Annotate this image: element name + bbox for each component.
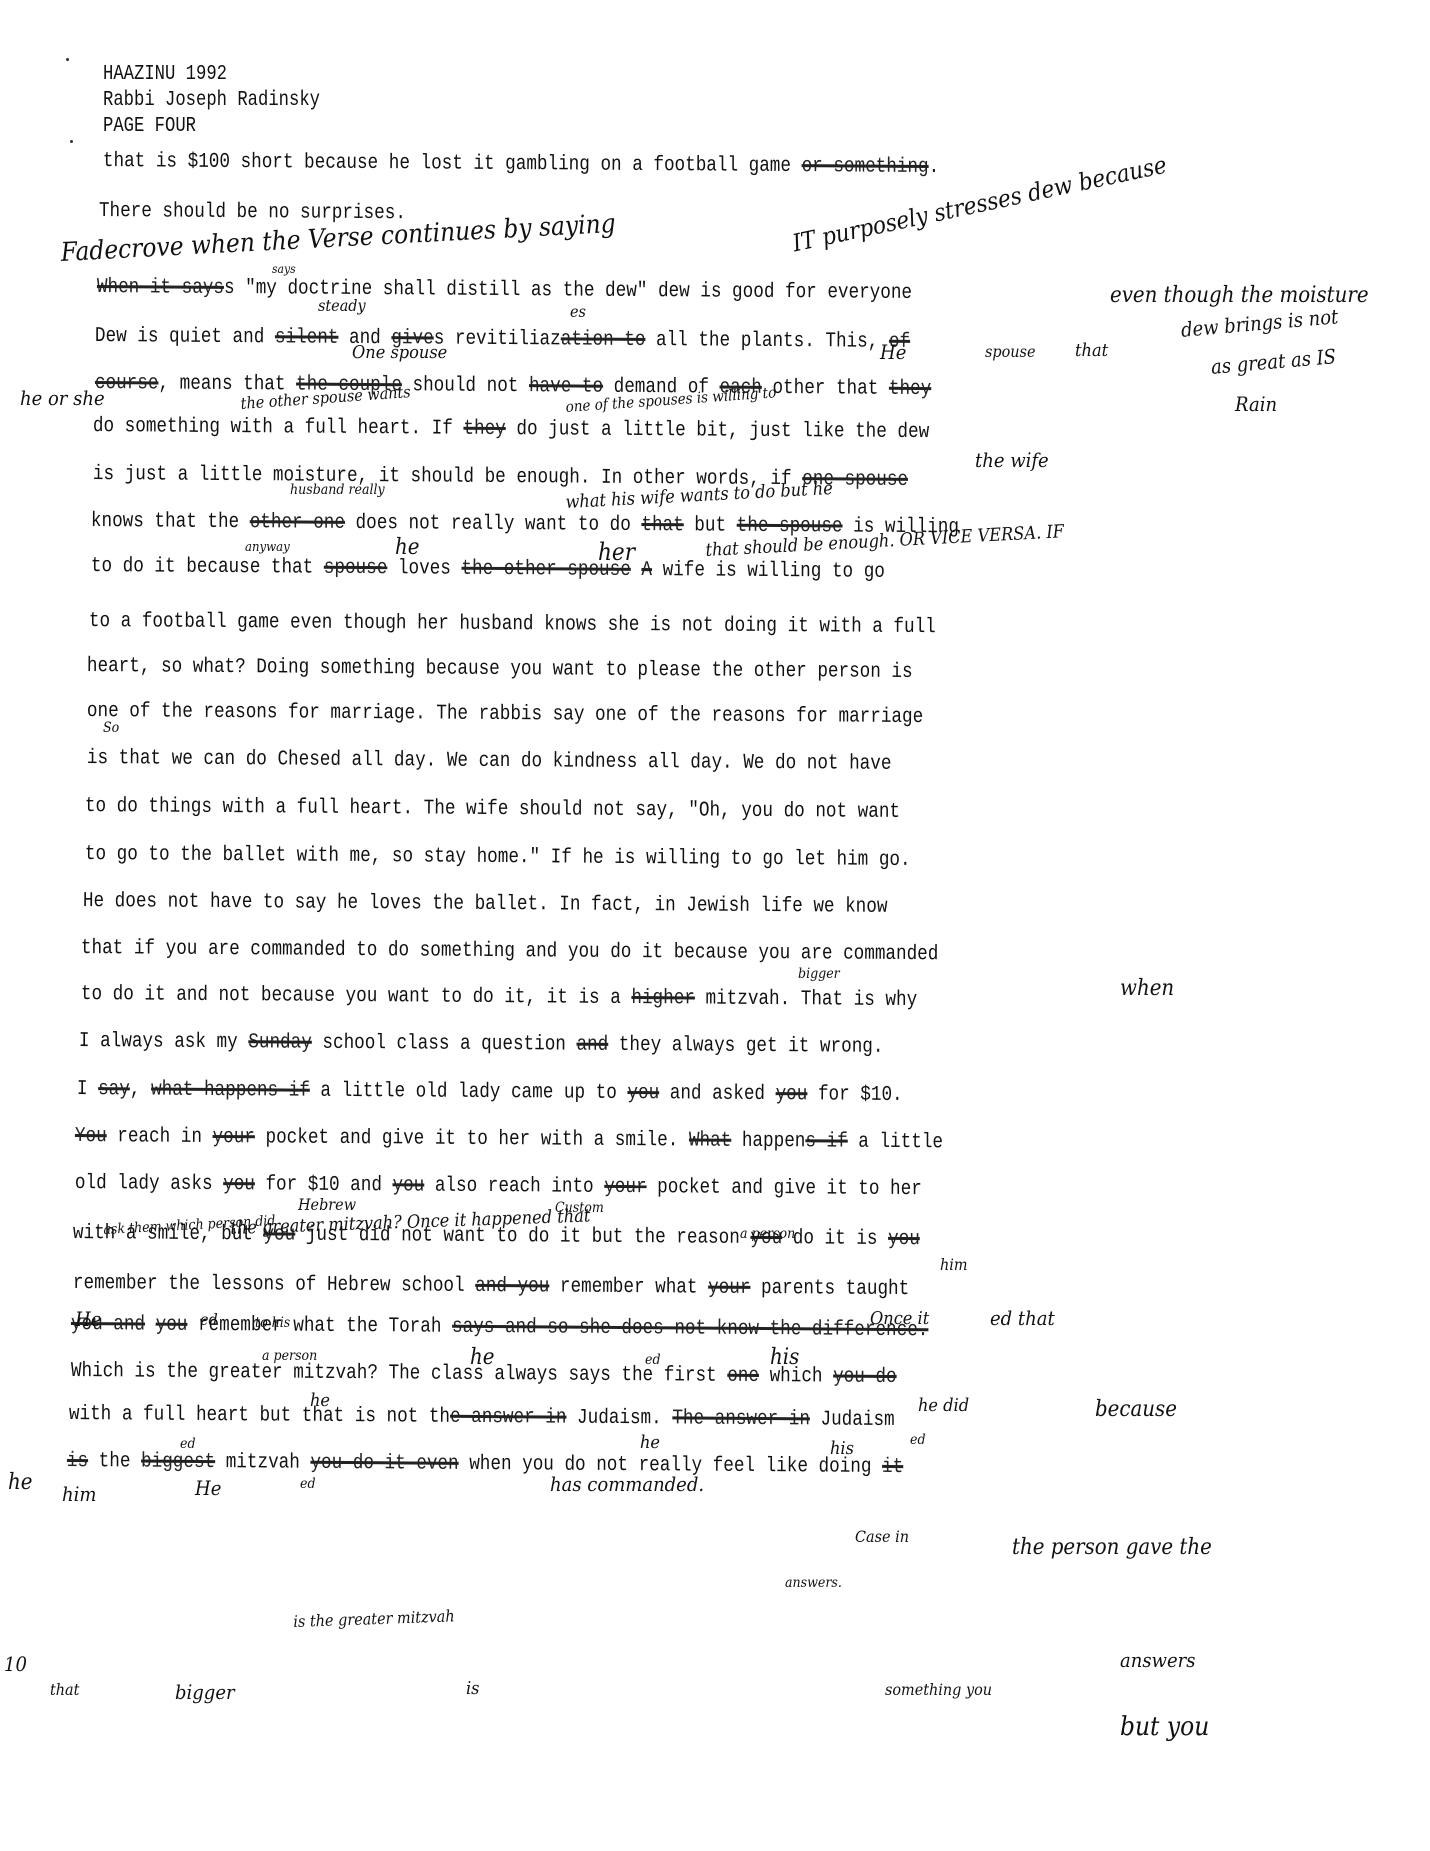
handwritten-note: So [103,720,119,736]
handwritten-note: his [830,1438,854,1459]
handwritten-note: is the greater mitzvah [293,1606,455,1631]
handwritten-note: because [1095,1397,1177,1422]
typed-line: I say, what happens if a little old lady… [77,1078,903,1107]
typed-line: is the biggest mitzvah you do it even wh… [67,1450,903,1479]
struck-text: You [75,1125,107,1148]
text-segment: I always ask my [79,1030,248,1054]
text-segment: to a football game even though her husba… [89,610,936,639]
handwritten-note: answers [1120,1648,1195,1672]
text-segment: mitzvah [215,1451,310,1475]
text-segment: to do it and not because you want to do … [81,983,632,1010]
text-segment: that is $100 short because he lost it ga… [103,150,802,178]
text-segment: a little [848,1131,943,1155]
handwritten-note: ed that [990,1306,1055,1330]
struck-text: what happens if [151,1079,310,1103]
typed-line: do something with a full heart. If they … [93,415,929,444]
handwritten-note: He [75,1307,101,1331]
text-segment: to go to the ballet with me, so stay hom… [85,843,911,872]
handwritten-note: bigger [175,1680,235,1704]
struck-text: s if [805,1130,847,1153]
text-segment: heart, so what? Doing something because … [87,655,913,684]
struck-text: you [392,1174,424,1197]
text-segment: to do things with a full heart. The wife… [85,795,900,824]
handwritten-note: he [8,1470,32,1495]
text-segment: pocket and give it to her [647,1176,922,1201]
text-segment: Dew is quiet and [95,325,275,349]
text-segment: mitzvah. That is why [695,987,917,1012]
handwritten-note: He [195,1476,221,1500]
handwritten-note: Hebrew [298,1195,356,1214]
handwritten-note: his [770,1345,799,1370]
typed-line: When it sayss "my doctrine shall distill… [97,276,912,305]
handwritten-note: husband really [290,482,385,498]
handwritten-note: He [880,340,906,364]
struck-text: higher [631,987,695,1010]
typed-line: to do things with a full heart. The wife… [85,795,900,824]
handwritten-note: ed [645,1352,661,1368]
handwritten-note: steady [318,296,366,315]
struck-text: A [641,559,652,582]
text-segment: they always get it wrong. [608,1034,883,1059]
handwritten-note: when [1120,976,1174,1001]
text-segment: knows that the [91,510,250,534]
text-segment: does not really want to do [345,512,642,537]
text-segment: for $10. [807,1083,902,1107]
handwritten-note: her [598,538,635,566]
text-segment: do it is [782,1227,888,1251]
handwritten-note: him [940,1255,968,1274]
text-segment: parents taught [750,1277,909,1301]
text-segment: remember the lessons of Hebrew school [73,1272,475,1298]
text-segment: pocket and give it to her with a smile. [255,1126,689,1152]
typed-line: to do it because that spouse loves the o… [91,555,885,584]
struck-text: your [213,1126,255,1149]
handwritten-note: says [272,262,296,276]
typed-line: to do it and not because you want to do … [81,983,917,1012]
typed-line: course, means that the couple should not… [95,372,931,401]
document-page: HAAZINU 1992 Rabbi Joseph Radinsky PAGE … [0,0,1430,1851]
handwritten-note: 10 [4,1652,27,1676]
typed-line: one of the reasons for marriage. The rab… [87,700,923,729]
header-page-number: PAGE FOUR [103,114,320,140]
text-segment: He does not have to say he loves the bal… [83,890,888,919]
handwritten-note: ed [200,1310,218,1329]
text-segment: do just a little bit, just like the dew [506,418,930,444]
text-segment: a little old lady came up to [310,1080,628,1105]
struck-text: ation to [561,328,646,352]
page-header: HAAZINU 1992 Rabbi Joseph Radinsky PAGE … [103,62,320,140]
text-segment: . [929,156,940,179]
handwritten-note: he [310,1390,330,1411]
scan-speck [66,58,69,61]
handwritten-note: the person gave the [1012,1535,1212,1560]
text-segment: with a full heart but that is not th [69,1403,450,1429]
text-segment: loves [387,557,461,581]
handwritten-note: to his [255,1315,290,1331]
text-segment: is that we can do Chesed all day. We can… [87,747,892,776]
text-segment: the [88,1450,141,1473]
handwritten-note: a person [740,1226,795,1242]
text-segment: also reach into [424,1175,604,1199]
handwritten-note: he [395,535,419,560]
handwritten-note: ed [910,1432,926,1448]
text-segment: to do it because that [91,555,324,580]
struck-text: or something [802,155,929,179]
text-segment: do something with a full heart. If [93,415,464,441]
text-segment: should not [402,374,529,398]
struck-text: your [604,1176,646,1199]
struck-text: you [156,1314,188,1337]
typed-line: You reach in your pocket and give it to … [75,1125,943,1154]
text-segment: wife is willing to go [652,559,885,584]
typed-line: is that we can do Chesed all day. We can… [87,747,892,776]
struck-text: one [727,1365,759,1388]
typed-line: that if you are commanded to do somethin… [81,937,939,966]
struck-text: you [888,1228,920,1251]
handwritten-note: he or she [20,386,105,410]
text-segment: other that [762,377,889,401]
struck-text: and [576,1034,608,1057]
text-segment: that if you are commanded to do somethin… [81,937,939,966]
struck-text: your [708,1277,750,1300]
handwritten-note: he did [918,1395,969,1416]
handwritten-note: has commanded. [550,1472,704,1496]
text-segment: reach in [107,1125,213,1149]
text-segment: happen [731,1130,805,1154]
text-segment [145,1314,156,1337]
handwritten-note: a person [262,1348,317,1364]
header-author: Rabbi Joseph Radinsky [103,88,320,114]
handwritten-note: as great as IS [1210,344,1337,379]
text-segment: and asked [659,1082,776,1106]
typed-line: remember the lessons of Hebrew school an… [73,1272,909,1301]
handwritten-note: that [50,1680,79,1699]
handwritten-note: Once it [870,1308,929,1329]
typed-line: old lady asks you for $10 and you also r… [75,1172,922,1201]
struck-text: is [67,1450,88,1473]
typed-line: to go to the ballet with me, so stay hom… [85,843,911,872]
struck-text: it [882,1456,903,1479]
struck-text: When it says [97,276,224,300]
struck-text: biggest [141,1451,215,1475]
handwritten-note: he [640,1432,660,1453]
struck-text: they [889,378,931,401]
text-segment: Which is the greater mitzvah? The class … [71,1360,727,1388]
handwritten-note: anyway [245,540,290,555]
text-segment: all the plants. This, [645,329,889,354]
text-segment: Judaism. [566,1407,672,1431]
handwritten-note: something you [885,1680,992,1699]
typed-line: Dew is quiet and silent and gives reviti… [95,325,910,354]
struck-text: e answer in [450,1406,567,1430]
struck-text: Sunday [248,1031,312,1054]
struck-text: The answer in [672,1407,810,1431]
struck-text: other one [250,511,345,535]
text-segment: s revitiliaz [434,327,561,351]
handwritten-note: is [466,1678,480,1699]
struck-text: say [98,1078,130,1101]
typed-line: that is $100 short because he lost it ga… [103,150,939,179]
struck-text: says and so she does not know the differ… [452,1316,928,1342]
text-segment: school class a question [312,1032,577,1057]
text-segment: old lady asks [75,1172,223,1196]
handwritten-note: Case in [855,1527,909,1546]
struck-text: you [223,1173,255,1196]
handwritten-note: the wife [975,448,1049,472]
struck-text: and you [475,1275,549,1299]
handwritten-note: he [470,1345,494,1370]
text-segment: Judaism [810,1408,895,1432]
handwritten-note: ed [180,1436,196,1452]
text-segment: remember what the Torah [187,1314,452,1339]
struck-text: you [627,1082,659,1105]
typed-line: heart, so what? Doing something because … [87,655,913,684]
struck-text: spouse [324,557,388,580]
handwritten-note: bigger [798,966,840,982]
struck-text: you do it even [310,1452,458,1476]
handwritten-note: dew brings is not [1180,304,1339,342]
typed-line: with a full heart but that is not the an… [69,1403,895,1432]
typed-line: I always ask my Sunday school class a qu… [79,1030,884,1059]
struck-text: you do [833,1366,897,1389]
text-segment: but [684,514,737,537]
handwritten-note: ed [300,1476,316,1492]
handwritten-note: spouse [985,342,1035,361]
struck-text: that [641,514,683,537]
struck-text: they [463,418,505,441]
handwritten-note: but you [1120,1712,1209,1742]
handwritten-note: that [1075,340,1108,361]
text-segment: for $10 and [255,1173,393,1197]
text-segment: one of the reasons for marriage. The rab… [87,700,923,729]
text-segment: I [77,1078,98,1101]
handwritten-note: him [62,1482,96,1506]
text-segment: , [130,1078,151,1101]
handwritten-note: es [570,302,586,321]
struck-text: What [689,1129,731,1152]
handwritten-note: Rain [1235,392,1277,416]
text-segment: remember what [549,1275,708,1299]
struck-text: you [776,1083,808,1106]
handwritten-note: answers. [785,1575,842,1591]
scan-speck [70,140,73,143]
typed-line: He does not have to say he loves the bal… [83,890,888,919]
struck-text: silent [275,326,339,349]
handwritten-note: One spouse [352,342,447,363]
typed-line: to a football game even though her husba… [89,610,936,639]
header-title: HAAZINU 1992 [103,62,320,88]
